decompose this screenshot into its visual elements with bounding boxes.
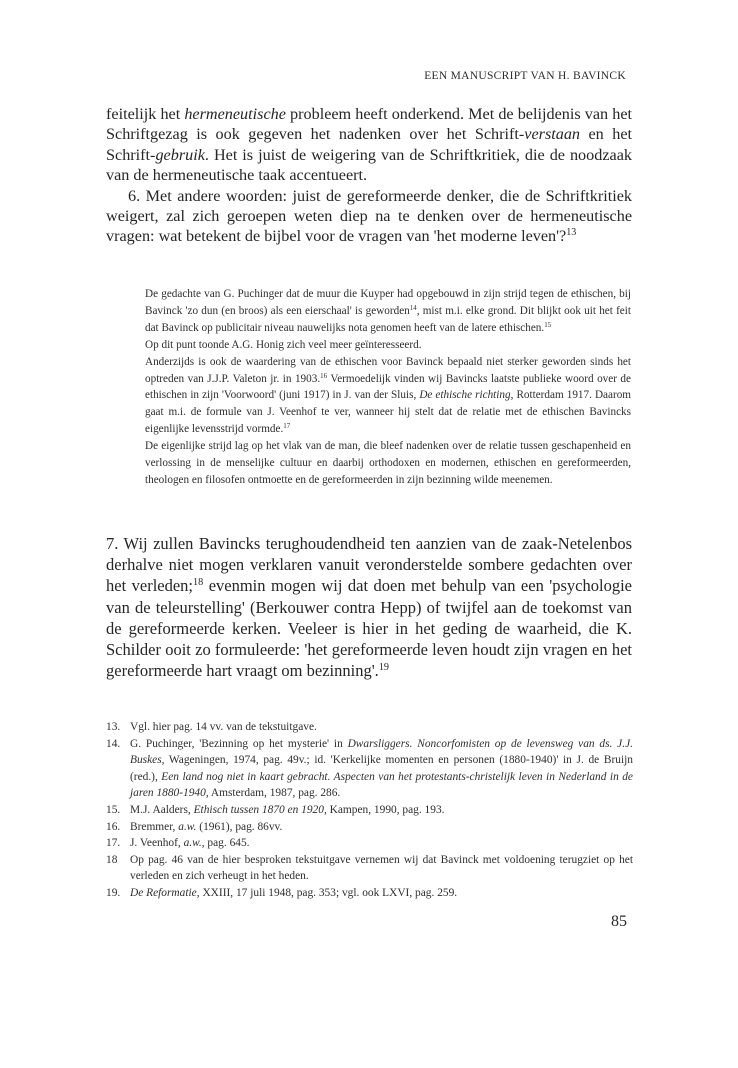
emphasis: De Reformatie — [130, 887, 197, 899]
quote-paragraph: Op dit punt toonde A.G. Honig zich veel … — [145, 337, 631, 354]
footnote-number: 17. — [106, 835, 130, 852]
text-run: , Kampen, 1990, pag. 193. — [324, 804, 445, 816]
footnote-text: Bremmer, a.w. (1961), pag. 86vv. — [130, 819, 633, 836]
page-number: 85 — [611, 913, 627, 931]
footnote: 16.Bremmer, a.w. (1961), pag. 86vv. — [106, 819, 633, 836]
footnote-text: Vgl. hier pag. 14 vv. van de tekstuitgav… — [130, 719, 633, 736]
footnote-number: 13. — [106, 719, 130, 736]
footnote: 18Op pag. 46 van de hier besproken tekst… — [106, 852, 633, 885]
quote-paragraph: De eigenlijke strijd lag op het vlak van… — [145, 438, 631, 489]
footnote: 14.G. Puchinger, 'Bezinning op het myste… — [106, 736, 633, 802]
quote-paragraph: De gedachte van G. Puchinger dat de muur… — [145, 286, 631, 337]
emphasis: a.w. — [184, 837, 202, 849]
block-quote: De gedachte van G. Puchinger dat de muur… — [145, 286, 631, 489]
footnote-text: Op pag. 46 van de hier besproken tekstui… — [130, 852, 633, 885]
footnote-ref[interactable]: 15 — [544, 321, 551, 329]
emphasis: Ethisch tussen 1870 en 1920 — [194, 804, 324, 816]
footnote-number: 19. — [106, 885, 130, 902]
footnote-number: 15. — [106, 802, 130, 819]
footnote: 13.Vgl. hier pag. 14 vv. van de tekstuit… — [106, 719, 633, 736]
footnotes: 13.Vgl. hier pag. 14 vv. van de tekstuit… — [106, 719, 633, 902]
footnote-ref[interactable]: 17 — [283, 422, 290, 430]
footnote-ref[interactable]: 14 — [410, 304, 417, 312]
footnote: 15.M.J. Aalders, Ethisch tussen 1870 en … — [106, 802, 633, 819]
emphasis: verstaan — [524, 125, 580, 143]
footnote-text: M.J. Aalders, Ethisch tussen 1870 en 192… — [130, 802, 633, 819]
footnote-number: 18 — [106, 852, 130, 885]
paragraph-continuation: feitelijk het hermeneutische probleem he… — [106, 104, 632, 186]
paragraph-7-text: 7. Wij zullen Bavincks terughoudendheid … — [106, 533, 632, 681]
text-run: M.J. Aalders, — [130, 804, 194, 816]
footnote-ref[interactable]: 19 — [379, 662, 389, 673]
text-run: , Amsterdam, 1987, pag. 286. — [206, 787, 340, 799]
emphasis: a.w. — [178, 821, 196, 833]
footnote-text: J. Veenhof, a.w., pag. 645. — [130, 835, 633, 852]
footnote-ref[interactable]: 13 — [566, 227, 576, 238]
quote-paragraph: Anderzijds is ook de waardering van de e… — [145, 354, 631, 439]
emphasis: gebruik — [155, 146, 204, 164]
footnote: 19.De Reformatie, XXIII, 17 juli 1948, p… — [106, 885, 633, 902]
text-run: (1961), pag. 86vv. — [196, 821, 282, 833]
text-run: feitelijk het — [106, 105, 184, 123]
footnote-number: 16. — [106, 819, 130, 836]
footnote-number: 14. — [106, 736, 130, 802]
text-run: Op pag. 46 van de hier besproken tekstui… — [130, 854, 633, 883]
book-title: De ethische richting — [419, 389, 510, 401]
text-run: , XXIII, 17 juli 1948, pag. 353; vgl. oo… — [197, 887, 457, 899]
text-run: G. Puchinger, 'Bezinning op het mysterie… — [130, 738, 348, 750]
footnote-text: De Reformatie, XXIII, 17 juli 1948, pag.… — [130, 885, 633, 902]
footnote: 17.J. Veenhof, a.w., pag. 645. — [106, 835, 633, 852]
paragraph-7: 7. Wij zullen Bavincks terughoudendheid … — [106, 533, 632, 681]
text-run: Bremmer, — [130, 821, 178, 833]
text-run: 6. Met andere woorden: juist de gereform… — [106, 187, 632, 246]
footnote-text: G. Puchinger, 'Bezinning op het mysterie… — [130, 736, 633, 802]
text-run: , pag. 645. — [202, 837, 250, 849]
running-header: EEN MANUSCRIPT VAN H. BAVINCK — [424, 70, 626, 82]
footnote-ref[interactable]: 18 — [193, 577, 203, 588]
body-text: feitelijk het hermeneutische probleem he… — [106, 104, 632, 247]
paragraph-6: 6. Met andere woorden: juist de gereform… — [106, 186, 632, 247]
text-run: J. Veenhof, — [130, 837, 184, 849]
text-run: Vgl. hier pag. 14 vv. van de tekstuitgav… — [130, 721, 317, 733]
emphasis: hermeneutische — [184, 105, 286, 123]
